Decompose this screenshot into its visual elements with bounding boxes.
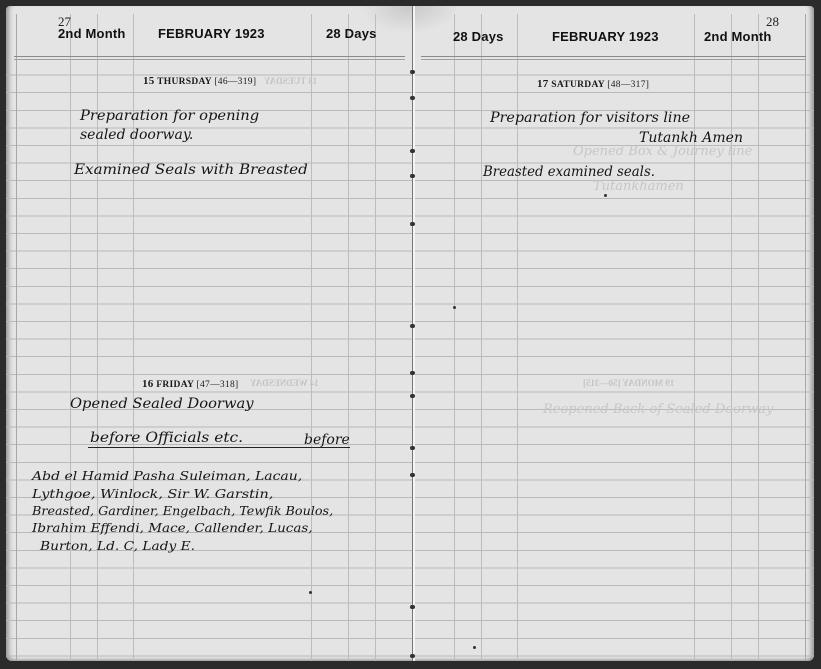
header-rule — [421, 56, 806, 60]
handwritten-line: Ibrahim Effendi, Mace, Callender, Lucas, — [32, 520, 313, 535]
bleed-through-text: Reopened Back of Sealed Doorway — [543, 402, 773, 417]
ink-speck — [473, 646, 476, 649]
header-rule — [14, 56, 405, 60]
ruled-lines — [6, 58, 413, 661]
handwritten-underline — [88, 447, 350, 448]
month-year-title: FEBRUARY 1923 — [552, 29, 659, 44]
handwritten-line: Abd el Hamid Pasha Suleiman, Lacau, — [32, 468, 302, 483]
grid-column-rule — [454, 14, 455, 661]
month-label: 2nd Month — [704, 29, 772, 44]
handwritten-line: Preparation for visitors line — [490, 110, 690, 126]
binding-stitch — [410, 446, 415, 450]
bleed-through-heading: 19 MONDAY [50—315] — [583, 378, 674, 388]
day-heading-saturday: 17 SATURDAY [48—317] — [537, 78, 649, 90]
weekday: THURSDAY — [157, 77, 212, 87]
bleed-through-heading: 14 WEDNESDAY — [250, 378, 319, 388]
bleed-through-text: Tutankhamen — [593, 179, 684, 194]
handwritten-line: Breasted, Gardiner, Engelbach, Tewfik Bo… — [32, 503, 333, 518]
binding-stitch — [410, 324, 415, 328]
binding-stitch — [410, 473, 415, 477]
day-number: 16 — [142, 378, 154, 390]
binding-stitch — [410, 96, 415, 100]
handwritten-line: Burton, Ld. C, Lady E. — [40, 538, 195, 553]
day-range: [46—319] — [214, 77, 256, 87]
left-page: 27 2nd Month FEBRUARY 1923 28 Days 15 TH… — [6, 6, 413, 661]
day-heading-thursday: 15 THURSDAY [46—319] — [143, 75, 256, 87]
binding-stitch — [410, 371, 415, 375]
handwritten-line: before — [304, 432, 350, 448]
grid-column-rule — [348, 14, 349, 661]
binding-stitch — [410, 222, 415, 226]
grid-column-rule — [481, 14, 482, 661]
binding-stitch — [410, 394, 415, 398]
month-year-title: FEBRUARY 1923 — [158, 26, 265, 41]
ink-speck — [453, 306, 456, 309]
bleed-through-heading: 13 TUESDAY — [264, 76, 317, 86]
binding-stitch — [410, 654, 415, 658]
weekday: FRIDAY — [156, 380, 194, 390]
handwritten-line: Breasted examined seals. — [483, 164, 655, 180]
grid-column-rule — [70, 14, 71, 661]
handwritten-line: sealed doorway. — [80, 127, 193, 143]
grid-column-rule — [311, 14, 312, 661]
binding-stitch — [410, 605, 415, 609]
binding-stitch — [410, 174, 415, 178]
month-label: 2nd Month — [58, 26, 126, 41]
day-range: [48—317] — [607, 80, 649, 90]
grid-column-rule — [694, 14, 695, 661]
day-number: 15 — [143, 75, 155, 87]
binding-stitch — [410, 149, 415, 153]
handwritten-line: Opened Sealed Doorway — [70, 396, 254, 412]
grid-column-rule — [375, 14, 376, 661]
ink-speck — [604, 194, 607, 197]
weekday: SATURDAY — [551, 80, 604, 90]
days-label: 28 Days — [453, 29, 504, 44]
grid-column-rule — [731, 14, 732, 661]
ink-speck — [309, 591, 312, 594]
page-number: 28 — [766, 14, 779, 30]
day-range: [47—318] — [197, 380, 239, 390]
right-page: 28 28 Days FEBRUARY 1923 2nd Month 17 SA… — [413, 6, 814, 661]
day-number: 17 — [537, 78, 549, 90]
bleed-through-text: Opened Box & Journey line — [573, 144, 752, 159]
page-margin-rule — [805, 14, 806, 661]
book-spine — [412, 6, 415, 661]
binding-stitch — [410, 70, 415, 74]
spine-crease — [360, 6, 460, 34]
handwritten-line: before Officials etc. — [90, 430, 243, 446]
handwritten-line: Lythgoe, Winlock, Sir W. Garstin, — [32, 486, 273, 501]
page-margin-rule — [16, 14, 17, 661]
handwritten-line: Preparation for opening — [80, 108, 259, 124]
day-heading-friday: 16 FRIDAY [47—318] — [142, 378, 239, 390]
diary-spread: 27 2nd Month FEBRUARY 1923 28 Days 15 TH… — [0, 0, 821, 669]
handwritten-line: Examined Seals with Breasted — [74, 162, 308, 178]
grid-column-rule — [758, 14, 759, 661]
